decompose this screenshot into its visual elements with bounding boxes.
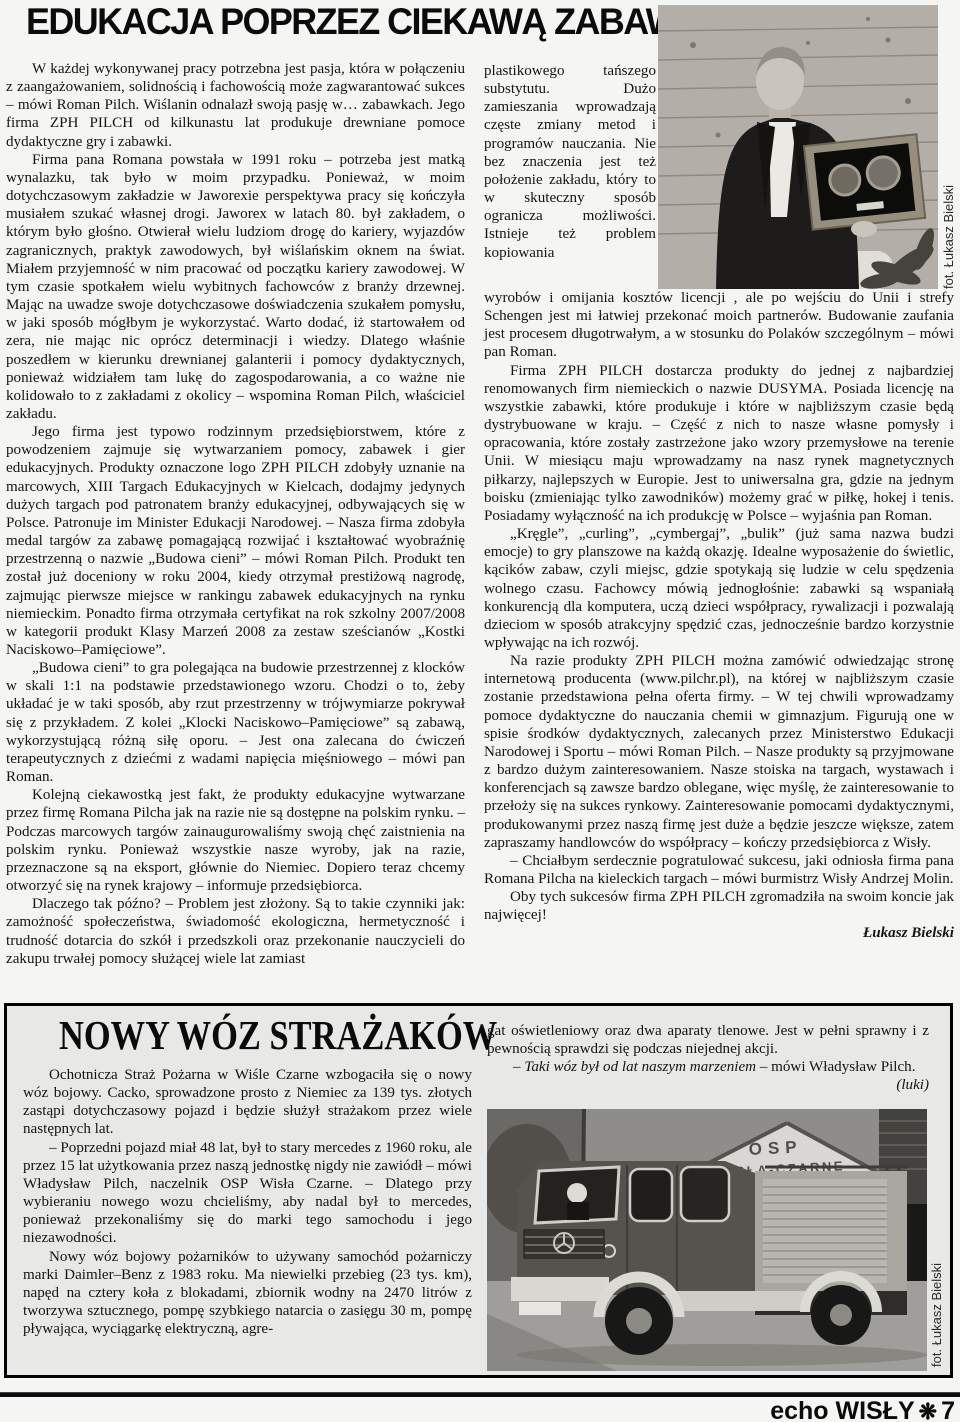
paragraph: – Chciałbym serdecznie pogratulować sukc…: [484, 852, 954, 888]
osp-sign-top: OSP: [748, 1137, 803, 1159]
photo-roman-pilch: [658, 5, 938, 289]
side-window-2: [681, 1167, 729, 1221]
paragraph: Firma ZPH PILCH dostarcza produkty do je…: [484, 362, 954, 525]
paragraph: Dlaczego tak późno? – Problem jest złożo…: [6, 895, 465, 968]
side-skirt: [675, 1291, 807, 1311]
article1-bottom-text: wyrobów i omijania kosztów licencji , al…: [484, 289, 954, 943]
article1-middle-column: plastikowego tańszego substytutu. Dużo z…: [484, 62, 656, 262]
paragraph: plastikowego tańszego substytutu. Dużo z…: [484, 62, 656, 262]
firefighter: [567, 1202, 589, 1220]
paragraph: „Budowa cieni” to gra polegająca na budo…: [6, 659, 465, 786]
article2-headline: NOWY WÓZ STRAŻAKÓW: [59, 1014, 437, 1057]
award-frame: [804, 134, 925, 229]
paragraph: „Kręgle”, „curling”, „cymbergaj”, „bulik…: [484, 525, 954, 652]
article1-byline: Łukasz Bielski: [484, 924, 954, 942]
paragraph: Na razie produkty ZPH PILCH można zamówi…: [484, 652, 954, 852]
portrait-illustration: [658, 5, 938, 289]
paragraph: Kolejną ciekawostką jest fakt, że produk…: [6, 786, 465, 895]
medal-left: [828, 164, 861, 197]
page-footer: echo WISŁY❋7: [770, 1397, 955, 1422]
paragraph: Firma pana Romana powstała w 1991 roku –…: [6, 151, 465, 423]
article1-left-column: W każdej wykonywanej pracy potrzebna jes…: [6, 60, 465, 968]
truck-shadow: [517, 1344, 927, 1366]
article1-headline: EDUKACJA POPRZEZ CIEKAWĄ ZABAWĘ: [26, 1, 700, 44]
paragraph: wyrobów i omijania kosztów licencji , al…: [484, 289, 954, 362]
photo1-credit: fot. Łukasz Bielski: [941, 185, 956, 289]
newspaper-page: EDUKACJA POPRZEZ CIEKAWĄ ZABAWĘ W każdej…: [0, 0, 960, 1422]
paragraph: Ochotnicza Straż Pożarna w Wiśle Czarne …: [23, 1066, 472, 1139]
photo-fire-truck: OSP WISŁA-CZARNE: [487, 1109, 927, 1371]
paragraph: Nowy wóz bojowy pożarników to używany sa…: [23, 1248, 472, 1339]
license-plate: [519, 1302, 561, 1315]
article2-box: NOWY WÓZ STRAŻAKÓW Ochotnicza Straż Poża…: [4, 1003, 953, 1378]
front-bumper: [511, 1277, 609, 1301]
article2-right-column: gat oświetleniowy oraz dwa aparaty tleno…: [487, 1022, 929, 1095]
paragraph: – Poprzedni pojazd miał 48 lat, był to s…: [23, 1139, 472, 1248]
quote-line: – Taki wóz był od lat naszym marzeniem –…: [487, 1058, 929, 1076]
article2-signoff: (luki): [487, 1076, 929, 1094]
flower-icon: ❋: [915, 1399, 941, 1422]
medal-right: [866, 155, 901, 190]
paragraph: W każdej wykonywanej pracy potrzebna jes…: [6, 60, 465, 151]
hand: [851, 221, 877, 237]
footer-brand: echo WISŁY: [770, 1397, 914, 1422]
fire-truck-illustration: OSP WISŁA-CZARNE: [487, 1109, 927, 1371]
photo2-credit: fot. Łukasz Bielski: [929, 1263, 944, 1367]
page-number: 7: [941, 1397, 955, 1422]
paragraph: Oby tych sukcesów firma ZPH PILCH zgroma…: [484, 888, 954, 924]
article2-left-column: Ochotnicza Straż Pożarna w Wiśle Czarne …: [23, 1066, 472, 1338]
side-window-1: [630, 1169, 672, 1221]
paragraph: gat oświetleniowy oraz dwa aparaty tleno…: [487, 1022, 929, 1058]
quote-italic: – Taki wóz był od lat naszym marzeniem: [513, 1059, 756, 1075]
paragraph: Jego firma jest typowo rodzinnym przedsi…: [6, 423, 465, 659]
firefighter-helmet: [567, 1183, 587, 1203]
quote-attribution: – mówi Władysław Pilch.: [756, 1059, 915, 1075]
